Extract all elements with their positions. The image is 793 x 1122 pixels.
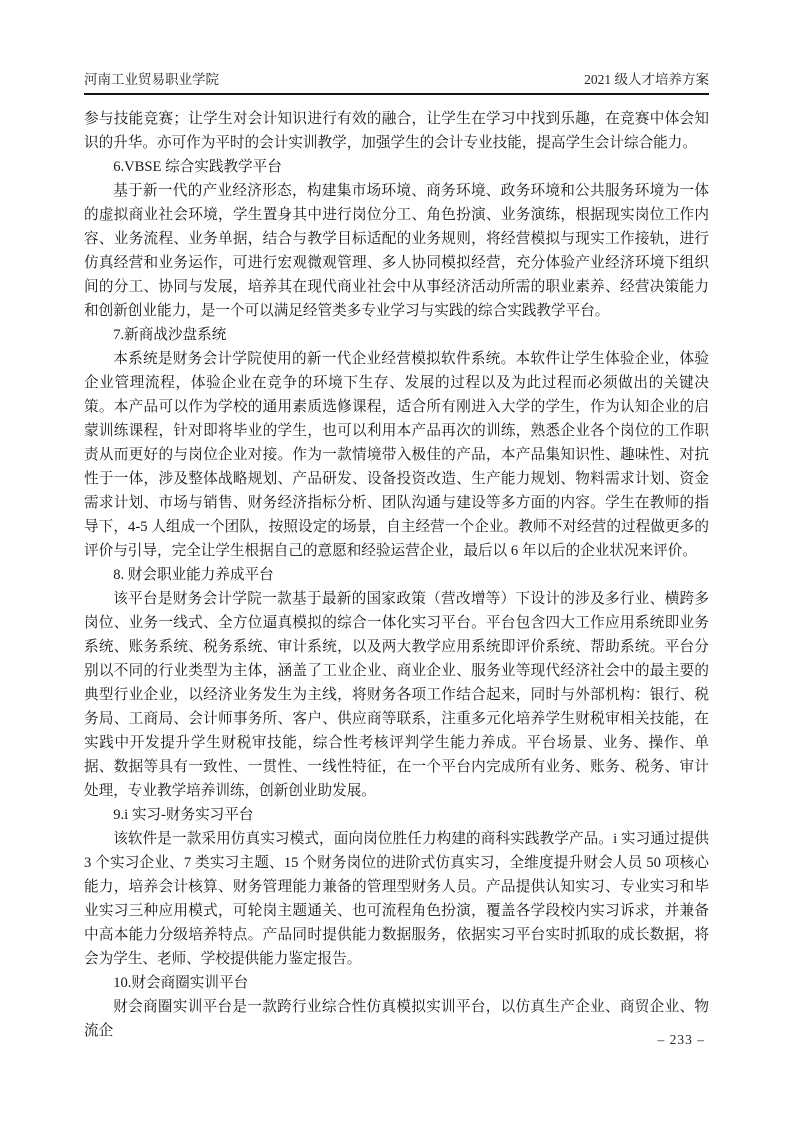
document-body: 参与技能竞赛；让学生对会计知识进行有效的融合，让学生在学习中找到乐趣，在竞赛中体… <box>84 107 709 1043</box>
paragraph-i-internship-platform: 该软件是一款采用仿真实习模式，面向岗位胜任力构建的商科实践教学产品。i 实习通过… <box>84 827 709 971</box>
paragraph-accounting-ability-platform: 该平台是财务会计学院一款基于最新的国家政策（营改增等）下设计的涉及多行业、横跨多… <box>84 587 709 803</box>
section-heading-10-business-circle-platform: 10.财会商圈实训平台 <box>84 971 709 995</box>
header-school-name: 河南工业贸易职业学院 <box>84 72 219 88</box>
section-heading-9-i-internship-platform: 9.i 实习-财务实习平台 <box>84 803 709 827</box>
page-header: 河南工业贸易职业学院 2021 级人才培养方案 <box>84 0 709 95</box>
section-heading-7-business-war-sandbox: 7.新商战沙盘系统 <box>84 323 709 347</box>
paragraph-vbse-platform: 基于新一代的产业经济形态，构建集市场环境、商务环境、政务环境和公共服务环境为一体… <box>84 179 709 323</box>
section-heading-6-vbse-platform: 6.VBSE 综合实践教学平台 <box>84 155 709 179</box>
document-page: 河南工业贸易职业学院 2021 级人才培养方案 参与技能竞赛；让学生对会计知识进… <box>0 0 793 1122</box>
paragraph-business-war-sandbox: 本系统是财务会计学院使用的新一代企业经营模拟软件系统。本软件让学生体验企业，体验… <box>84 347 709 563</box>
section-heading-8-accounting-ability-platform: 8. 财会职业能力养成平台 <box>84 563 709 587</box>
page-number: – 233 – <box>658 1031 706 1049</box>
header-document-title: 2021 级人才培养方案 <box>584 72 709 88</box>
paragraph-business-circle-platform: 财会商圈实训平台是一款跨行业综合性仿真模拟实训平台，以仿真生产企业、商贸企业、物… <box>84 995 709 1043</box>
continued-paragraph: 参与技能竞赛；让学生对会计知识进行有效的融合，让学生在学习中找到乐趣，在竞赛中体… <box>84 107 709 155</box>
